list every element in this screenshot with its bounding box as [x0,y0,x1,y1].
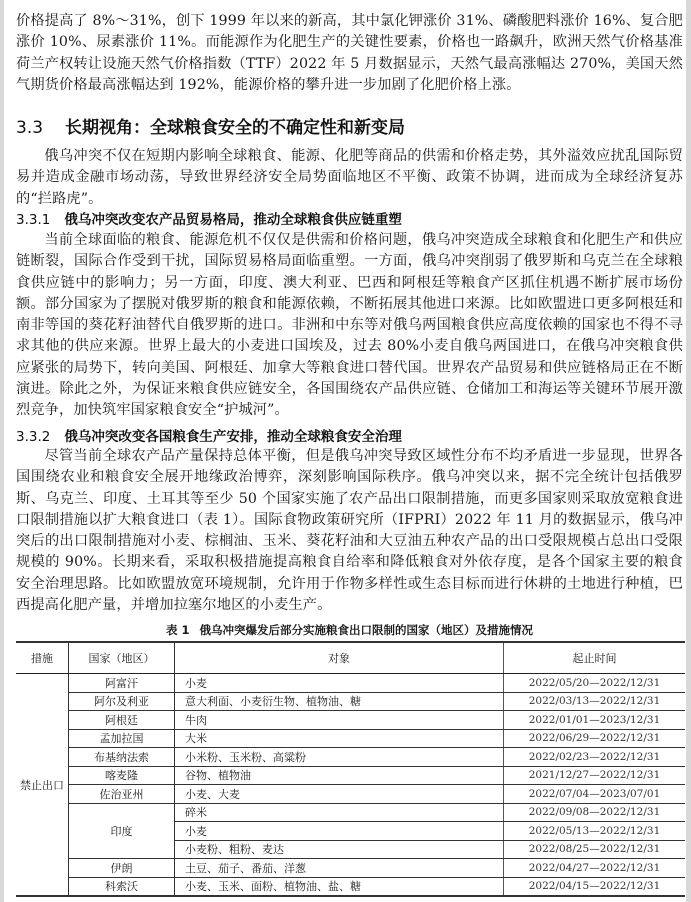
paragraph-trade-pattern: 当前全球面临的粮食、能源危机不仅仅是供需和价格问题，俄乌冲突造成全球粮食和化肥生… [16,230,683,422]
country-cell: 喀麦隆 [69,766,175,785]
paragraph-food-governance: 尽管当前全球农产品产量保持总体平衡，但是俄乌冲突导致区域性分布不均矛盾进一步显现… [16,446,683,616]
period-cell: 2022/08/25—2022/12/31 [504,840,686,859]
object-cell: 谷物、植物油 [175,766,504,785]
country-cell: 伊朗 [69,859,175,878]
table-header-row: 措施 国家（地区） 对象 起止时间 [16,642,685,674]
measure-cell: 禁止出口 [16,674,69,897]
subsection-title: 俄乌冲突改变各国粮食生产安排，推动全球粮食安全治理 [64,429,402,445]
period-cell: 2022/04/27—2022/12/31 [504,859,686,878]
period-cell: 2022/09/08—2022/12/31 [504,803,686,822]
section-number: 3.3 [16,118,43,138]
period-cell: 2022/02/23—2022/12/31 [504,748,686,767]
period-cell: 2022/06/29—2022/12/31 [504,729,686,748]
header-period: 起止时间 [504,642,686,674]
table-row: 孟加拉国 大米 2022/06/29—2022/12/31 [16,729,685,748]
table-row: 阿尔及利亚 意大利面、小麦衍生物、植物油、糖 2022/03/13—2022/1… [16,692,685,711]
table-row: 佐治亚州 小麦、大麦 2022/07/04—2023/07/01 [16,785,685,804]
period-cell: 2022/05/13—2022/12/31 [504,822,686,841]
table-row: 禁止出口 阿富汗 小麦 2022/05/20—2022/12/31 [16,674,685,693]
country-cell: 印度 [69,803,175,859]
object-cell: 小麦、玉米、面粉、植物油、盐、糖 [175,877,504,896]
object-cell: 牛肉 [175,711,504,730]
table-row: 布基纳法索 小米粉、玉米粉、高粱粉 2022/02/23—2022/12/31 [16,748,685,767]
paragraph-intro-3-3: 俄乌冲突不仅在短期内影响全球粮食、能源、化肥等商品的供需和价格走势，其外溢效应扰… [16,146,683,210]
subsection-heading-3-3-2: 3.3.2俄乌冲突改变各国粮食生产安排，推动全球粮食安全治理 [16,425,402,445]
object-cell: 小麦 [175,674,504,693]
table-row: 喀麦隆 谷物、植物油 2021/12/27—2022/12/31 [16,766,685,785]
header-object: 对象 [175,642,504,674]
object-cell: 碎米 [175,803,504,822]
table-row: 印度 碎米 2022/09/08—2022/12/31 [16,803,685,822]
object-cell: 小米粉、玉米粉、高粱粉 [175,748,504,767]
table-number: 表 1 [166,623,190,637]
table-row: 伊朗 土豆、茄子、番茄、洋葱 2022/04/27—2022/12/31 [16,859,685,878]
object-cell: 意大利面、小麦衍生物、植物油、糖 [175,692,504,711]
country-cell: 阿根廷 [69,711,175,730]
object-cell: 大米 [175,729,504,748]
subsection-title: 俄乌冲突改变农产品贸易格局，推动全球粮食供应链重塑 [64,212,402,228]
country-cell: 阿富汗 [69,674,175,693]
country-cell: 科索沃 [69,877,175,896]
period-cell: 2022/01/01—2023/12/31 [504,711,686,730]
period-cell: 2022/03/13—2022/12/31 [504,692,686,711]
period-cell: 2022/07/04—2023/07/01 [504,785,686,804]
export-restrictions-table: 措施 国家（地区） 对象 起止时间 禁止出口 阿富汗 小麦 2022/05/20… [16,641,685,897]
country-cell: 布基纳法索 [69,748,175,767]
period-cell: 2021/12/27—2022/12/31 [504,766,686,785]
table-row: 阿根廷 牛肉 2022/01/01—2023/12/31 [16,711,685,730]
subsection-number: 3.3.2 [16,429,50,445]
page-edge-right [686,0,691,902]
header-country: 国家（地区） [69,642,175,674]
section-heading-3-3: 3.3长期视角：全球粮食安全的不确定性和新变局 [16,113,405,138]
header-measure: 措施 [16,642,69,674]
subsection-heading-3-3-1: 3.3.1俄乌冲突改变农产品贸易格局，推动全球粮食供应链重塑 [16,208,402,228]
object-cell: 小麦粉、粗粉、麦达 [175,840,504,859]
period-cell: 2022/05/20—2022/12/31 [504,674,686,693]
object-cell: 土豆、茄子、番茄、洋葱 [175,859,504,878]
object-cell: 小麦 [175,822,504,841]
object-cell: 小麦、大麦 [175,785,504,804]
section-title: 长期视角：全球粮食安全的不确定性和新变局 [65,118,405,138]
country-cell: 佐治亚州 [69,785,175,804]
subsection-number: 3.3.1 [16,212,50,228]
country-cell: 阿尔及利亚 [69,692,175,711]
page-edge-left [0,0,4,902]
table-row: 科索沃 小麦、玉米、面粉、植物油、盐、糖 2022/04/15—2022/12/… [16,877,685,896]
period-cell: 2022/04/15—2022/12/31 [504,877,686,896]
country-cell: 孟加拉国 [69,729,175,748]
table-caption-text: 俄乌冲突爆发后部分实施粮食出口限制的国家（地区）及措施情况 [200,623,534,637]
paragraph-fertilizer-prices: 价格提高了 8%～31%，创下 1999 年以来的新高，其中氯化钾涨价 31%、… [16,11,683,96]
table-caption: 表 1俄乌冲突爆发后部分实施粮食出口限制的国家（地区）及措施情况 [16,622,683,638]
